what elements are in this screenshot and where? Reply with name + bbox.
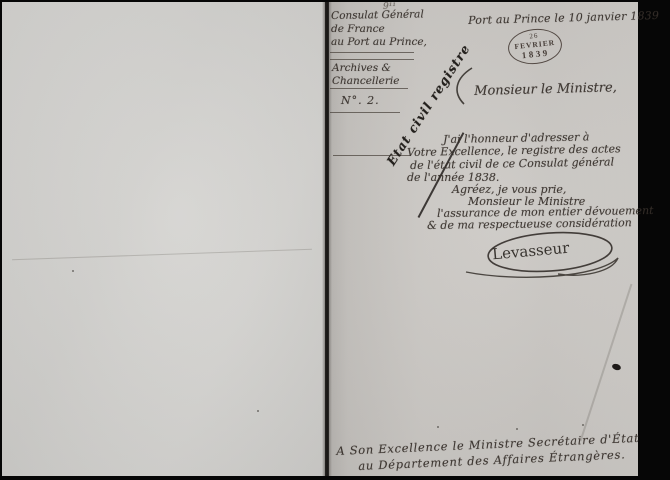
left-blank-page — [2, 2, 325, 476]
ruled-line — [330, 59, 414, 60]
page-edges — [638, 3, 656, 476]
binding-gutter — [322, 2, 332, 476]
ruled-line — [330, 52, 414, 53]
paper-speck — [516, 428, 518, 430]
paper-speck — [437, 426, 439, 428]
department-line-2: Chancellerie — [332, 75, 399, 87]
paper-speck — [72, 270, 74, 272]
paper-speck — [257, 410, 259, 412]
document-number: N°. 2. — [341, 94, 380, 107]
crease-line — [12, 249, 312, 260]
sender-line-2: de France — [331, 23, 385, 35]
paper-speck — [582, 424, 584, 426]
signature-block: Levasseur — [462, 228, 622, 286]
ruled-line — [330, 88, 408, 89]
document-scan: 9¹¹ Consulat Général de France au Port a… — [0, 0, 670, 480]
sender-line-3: au Port au Prince, — [331, 36, 427, 48]
paper-texture — [2, 2, 325, 476]
department-line-1: Archives & — [332, 62, 391, 74]
ruled-line — [330, 112, 400, 113]
sender-line-1: Consulat Général — [331, 8, 424, 22]
